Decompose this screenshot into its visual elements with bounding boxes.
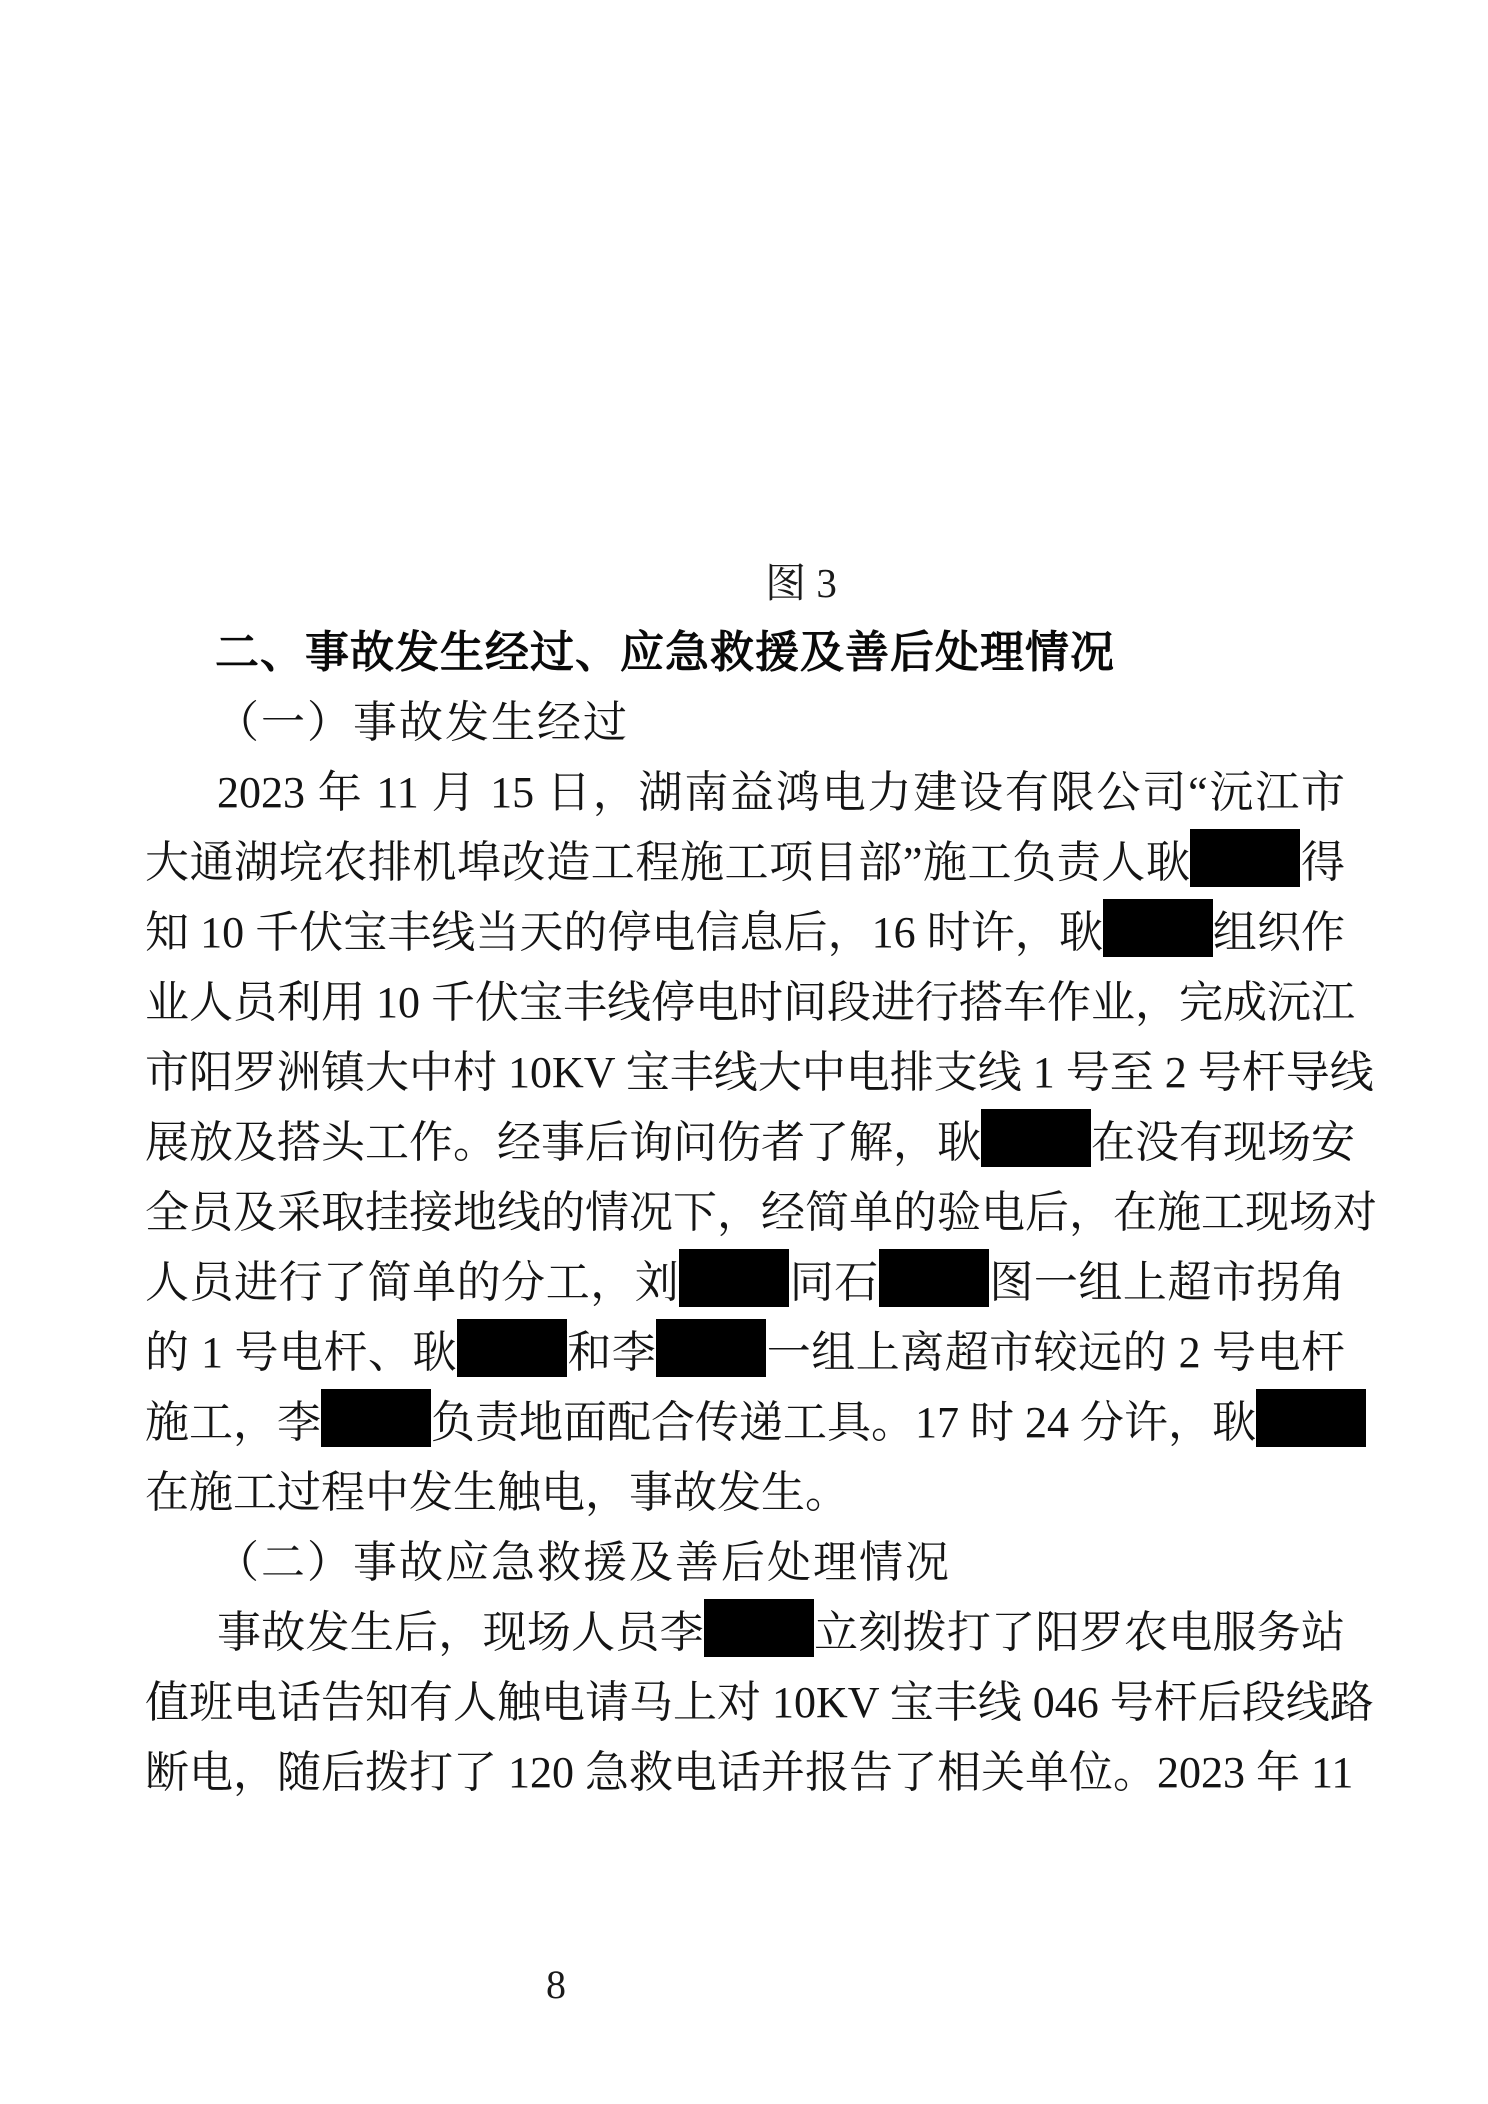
paragraph-2: 事故发生后，现场人员李立刻拨打了阳罗农电服务站值班电话告知有人触电请马上对 10… xyxy=(145,1598,1345,1808)
redaction-box xyxy=(656,1319,766,1377)
redaction-box xyxy=(321,1389,431,1447)
section-heading: 二、事故发生经过、应急救援及善后处理情况 xyxy=(145,618,1345,688)
text-segment: 立刻拨打了阳罗农电服务站 xyxy=(814,1608,1345,1657)
redaction-box xyxy=(704,1599,814,1657)
paragraph-line: 知 10 千伏宝丰线当天的停电信息后，16 时许，耿组织作 xyxy=(145,898,1345,968)
text-segment: 组织作 xyxy=(1213,908,1345,957)
redaction-box xyxy=(1190,829,1300,887)
paragraph-line: 事故发生后，现场人员李立刻拨打了阳罗农电服务站 xyxy=(145,1598,1345,1668)
text-segment: 市阳罗洲镇大中村 10KV 宝丰线大中电排支线 1 号至 2 号杆导线 xyxy=(145,1048,1374,1097)
paragraph-line: 断电，随后拨打了 120 急救电话并报告了相关单位。2023 年 11 xyxy=(145,1738,1345,1808)
page-number: 8 xyxy=(0,1958,1112,2012)
paragraph-line: 值班电话告知有人触电请马上对 10KV 宝丰线 046 号杆后段线路 xyxy=(145,1668,1345,1738)
paragraph-line: 2023 年 11 月 15 日，湖南益鸿电力建设有限公司“沅江市 xyxy=(145,758,1345,828)
text-segment: 一组上离超市较远的 2 号电杆 xyxy=(766,1328,1345,1377)
text-segment: 在没有现场安 xyxy=(1091,1118,1355,1167)
paragraph-line: 在施工过程中发生触电，事故发生。 xyxy=(145,1458,1345,1528)
paragraph-line: 市阳罗洲镇大中村 10KV 宝丰线大中电排支线 1 号至 2 号杆导线 xyxy=(145,1038,1345,1108)
redaction-box xyxy=(457,1319,567,1377)
redaction-box xyxy=(679,1249,789,1307)
text-segment: 负责地面配合传递工具。17 时 24 分许，耿 xyxy=(431,1398,1256,1447)
redaction-box xyxy=(981,1109,1091,1167)
text-segment: 人员进行了简单的分工，刘 xyxy=(145,1258,679,1307)
paragraph-line: 全员及采取挂接地线的情况下，经简单的验电后，在施工现场对 xyxy=(145,1178,1345,1248)
paragraph-line: 展放及搭头工作。经事后询问伤者了解，耿在没有现场安 xyxy=(145,1108,1345,1178)
paragraph-1: 2023 年 11 月 15 日，湖南益鸿电力建设有限公司“沅江市大通湖垸农排机… xyxy=(145,758,1345,1528)
paragraph-line: 大通湖垸农排机埠改造工程施工项目部”施工负责人耿得 xyxy=(145,828,1345,898)
text-segment: 施工，李 xyxy=(145,1398,321,1447)
document-page: 图 3 二、事故发生经过、应急救援及善后处理情况 （一）事故发生经过 2023 … xyxy=(0,0,1488,2104)
subsection-heading-2: （二）事故应急救援及善后处理情况 xyxy=(145,1528,1345,1598)
paragraph-line: 施工，李负责地面配合传递工具。17 时 24 分许，耿 xyxy=(145,1388,1345,1458)
text-segment: 大通湖垸农排机埠改造工程施工项目部”施工负责人耿 xyxy=(145,838,1190,887)
text-segment: 的 1 号电杆、耿 xyxy=(145,1328,457,1377)
text-segment: 全员及采取挂接地线的情况下，经简单的验电后，在施工现场对 xyxy=(145,1188,1377,1237)
text-segment: 图一组上超市拐角 xyxy=(989,1258,1345,1307)
text-segment: 2023 年 11 月 15 日，湖南益鸿电力建设有限公司“沅江市 xyxy=(217,768,1345,817)
text-segment: 业人员利用 10 千伏宝丰线停电时间段进行搭车作业，完成沅江 xyxy=(145,978,1355,1027)
text-segment: 在施工过程中发生触电，事故发生。 xyxy=(145,1468,849,1517)
document-content: 图 3 二、事故发生经过、应急救援及善后处理情况 （一）事故发生经过 2023 … xyxy=(145,548,1345,1808)
text-segment: 知 10 千伏宝丰线当天的停电信息后，16 时许，耿 xyxy=(145,908,1103,957)
paragraph-line: 的 1 号电杆、耿和李一组上离超市较远的 2 号电杆 xyxy=(145,1318,1345,1388)
text-segment: 同石 xyxy=(789,1258,879,1307)
paragraph-line: 业人员利用 10 千伏宝丰线停电时间段进行搭车作业，完成沅江 xyxy=(145,968,1345,1038)
redaction-box xyxy=(1256,1389,1366,1447)
subsection-heading-1: （一）事故发生经过 xyxy=(145,688,1345,758)
text-segment: 展放及搭头工作。经事后询问伤者了解，耿 xyxy=(145,1118,981,1167)
text-segment: 断电，随后拨打了 120 急救电话并报告了相关单位。2023 年 11 xyxy=(145,1748,1353,1797)
text-segment: 和李 xyxy=(567,1328,656,1377)
redaction-box xyxy=(1103,899,1213,957)
text-segment: 值班电话告知有人触电请马上对 10KV 宝丰线 046 号杆后段线路 xyxy=(145,1678,1374,1727)
paragraph-line: 人员进行了简单的分工，刘同石图一组上超市拐角 xyxy=(145,1248,1345,1318)
text-segment: 事故发生后，现场人员李 xyxy=(217,1608,704,1657)
redaction-box xyxy=(879,1249,989,1307)
text-segment: 得 xyxy=(1300,838,1345,887)
figure-caption: 图 3 xyxy=(145,548,1345,618)
